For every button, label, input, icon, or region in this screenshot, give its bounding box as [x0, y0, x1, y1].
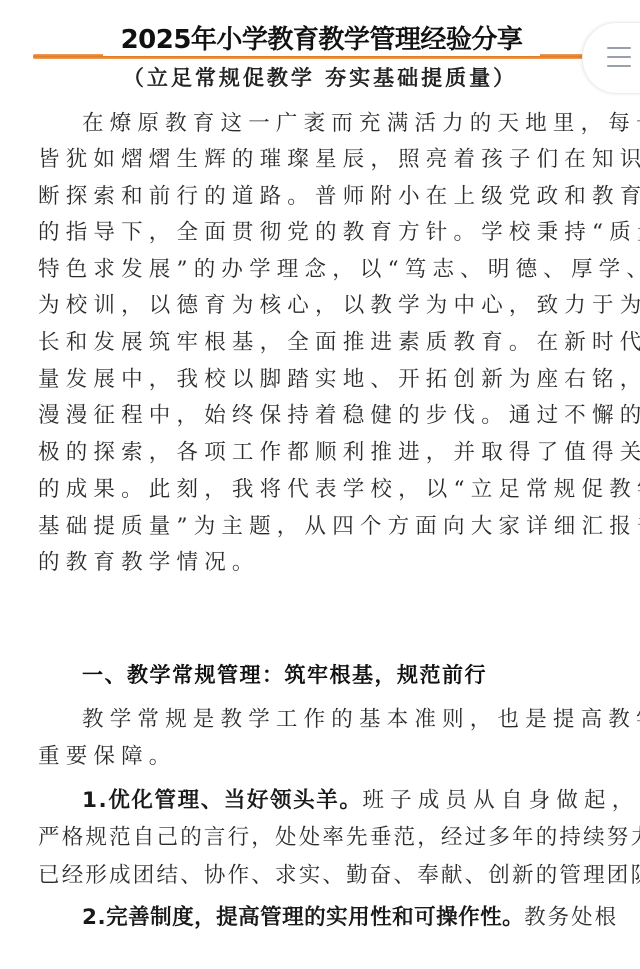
- item1-line: 已经形成团结、协作、求实、勤奋、奉献、创新的管理团队。: [38, 861, 618, 891]
- document-page: 2025年小学教育教学管理经验分享 （立足常规促教学 夯实基础提质量） 在燎原教…: [0, 0, 640, 969]
- item1-line: 严格规范自己的言行，处处率先垂范，经过多年的持续努力，: [38, 823, 618, 853]
- intro-line: 的成果。此刻，我将代表学校，以“立足常规促教学，夯实: [38, 475, 618, 505]
- intro-line: 特色求发展”的办学理念，以“笃志、明德、厚学、启智”: [38, 255, 618, 285]
- section-para-line: 重要保障。: [38, 742, 618, 772]
- item2-rest: 教务处根: [524, 905, 618, 930]
- item2-first-line: 2.完善制度，提高管理的实用性和可操作性。教务处根: [82, 903, 640, 933]
- item1-first-line: 1.优化管理、当好领头羊。班子成员从自身做起，时刻: [82, 786, 640, 816]
- intro-line: 的教育教学情况。: [38, 548, 618, 578]
- title-box: 2025年小学教育教学管理经验分享: [103, 18, 540, 56]
- item1-bold-lead: 1.优化管理、当好领头羊。: [82, 788, 362, 813]
- intro-line: 长和发展筑牢根基，全面推进素质教育。在新时代教育高质: [38, 328, 618, 358]
- intro-line: 基础提质量”为主题，从四个方面向大家详细汇报普师附小: [38, 512, 618, 542]
- intro-line: 极的探索，各项工作都顺利推进，并取得了值得关注和称赞: [38, 438, 618, 468]
- page-subtitle: （立足常规促教学 夯实基础提质量）: [0, 62, 640, 92]
- intro-line: 为校训，以德育为核心，以教学为中心，致力于为学生的成: [38, 291, 618, 321]
- intro-line: 的指导下，全面贯彻党的教育方针。学校秉持“质量求生存，: [38, 218, 618, 248]
- intro-line: 皆犹如熠熠生辉的璀璨星辰，照亮着孩子们在知识领域中不: [38, 145, 618, 175]
- section-heading: 一、教学常规管理：筑牢根基，规范前行: [82, 660, 640, 690]
- section-para-line: 教学常规是教学工作的基本准则，也是提高教学质量的: [82, 705, 640, 735]
- item2-bold-lead: 2.完善制度，提高管理的实用性和可操作性。: [82, 905, 524, 930]
- intro-line: 在燎原教育这一广袤而充满活力的天地里，每一所学校: [82, 109, 640, 139]
- item1-rest: 班子成员从自身做起，时刻: [362, 788, 640, 813]
- intro-line: 漫漫征程中，始终保持着稳健的步伐。通过不懈的努力和积: [38, 401, 618, 431]
- intro-line: 断探索和前行的道路。普师附小在上级党政和教育主管部门: [38, 182, 618, 212]
- intro-line: 量发展中，我校以脚踏实地、开拓创新为座右铭，在教育的: [38, 365, 618, 395]
- page-title: 2025年小学教育教学管理经验分享: [121, 19, 523, 56]
